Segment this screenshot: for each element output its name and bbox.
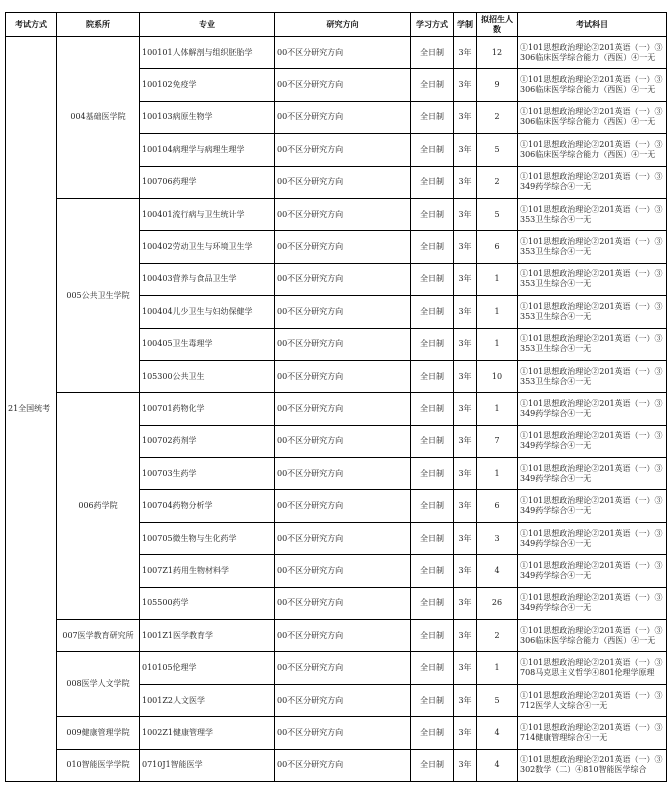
study-mode-cell: 全日制 bbox=[411, 360, 454, 392]
header-exam-subjects: 考试科目 bbox=[518, 13, 667, 37]
major-cell: 100703生药学 bbox=[140, 458, 275, 490]
study-mode-cell: 全日制 bbox=[411, 198, 454, 230]
major-cell: 1001Z2人文医学 bbox=[140, 684, 275, 716]
research-direction-cell: 00不区分研究方向 bbox=[275, 555, 411, 587]
study-mode-cell: 全日制 bbox=[411, 101, 454, 133]
enrollment-cell: 5 bbox=[477, 134, 518, 166]
duration-cell: 3年 bbox=[454, 360, 477, 392]
duration-cell: 3年 bbox=[454, 37, 477, 69]
table-row: 007医学教育研究所1001Z1医学教育学00不区分研究方向全日制3年2①101… bbox=[6, 620, 667, 652]
table-row: 006药学院100701药物化学00不区分研究方向全日制3年1①101思想政治理… bbox=[6, 393, 667, 425]
exam-subjects-cell: ①101思想政治理论②201英语（一）③353卫生综合④一无 bbox=[518, 360, 667, 392]
major-cell: 100402劳动卫生与环境卫生学 bbox=[140, 231, 275, 263]
enrollment-cell: 2 bbox=[477, 166, 518, 198]
exam-subjects-cell: ①101思想政治理论②201英语（一）③349药学综合④一无 bbox=[518, 522, 667, 554]
duration-cell: 3年 bbox=[454, 458, 477, 490]
research-direction-cell: 00不区分研究方向 bbox=[275, 360, 411, 392]
exam-subjects-cell: ①101思想政治理论②201英语（一）③349药学综合④一无 bbox=[518, 166, 667, 198]
enrollment-cell: 9 bbox=[477, 69, 518, 101]
exam-subjects-cell: ①101思想政治理论②201英语（一）③306临床医学综合能力（西医）④一无 bbox=[518, 101, 667, 133]
major-cell: 100702药剂学 bbox=[140, 425, 275, 457]
study-mode-cell: 全日制 bbox=[411, 620, 454, 652]
exam-subjects-cell: ①101思想政治理论②201英语（一）③353卫生综合④一无 bbox=[518, 328, 667, 360]
study-mode-cell: 全日制 bbox=[411, 490, 454, 522]
duration-cell: 3年 bbox=[454, 620, 477, 652]
enrollment-cell: 1 bbox=[477, 652, 518, 684]
enrollment-cell: 4 bbox=[477, 717, 518, 749]
table-row: 21全国统考004基础医学院100101人体解剖与组织胚胎学00不区分研究方向全… bbox=[6, 37, 667, 69]
enrollment-cell: 4 bbox=[477, 749, 518, 781]
study-mode-cell: 全日制 bbox=[411, 231, 454, 263]
study-mode-cell: 全日制 bbox=[411, 263, 454, 295]
study-mode-cell: 全日制 bbox=[411, 652, 454, 684]
exam-subjects-cell: ①101思想政治理论②201英语（一）③302数学（二）④810智能医学综合 bbox=[518, 749, 667, 781]
admissions-table: 考试方式 院系所 专业 研究方向 学习方式 学制 拟招生人数 考试科目 21全国… bbox=[5, 12, 667, 782]
major-cell: 100101人体解剖与组织胚胎学 bbox=[140, 37, 275, 69]
major-cell: 105500药学 bbox=[140, 587, 275, 619]
major-cell: 100701药物化学 bbox=[140, 393, 275, 425]
research-direction-cell: 00不区分研究方向 bbox=[275, 69, 411, 101]
duration-cell: 3年 bbox=[454, 166, 477, 198]
header-row: 考试方式 院系所 专业 研究方向 学习方式 学制 拟招生人数 考试科目 bbox=[6, 13, 667, 37]
study-mode-cell: 全日制 bbox=[411, 69, 454, 101]
enrollment-cell: 6 bbox=[477, 490, 518, 522]
research-direction-cell: 00不区分研究方向 bbox=[275, 263, 411, 295]
research-direction-cell: 00不区分研究方向 bbox=[275, 587, 411, 619]
exam-subjects-cell: ①101思想政治理论②201英语（一）③306临床医学综合能力（西医）④一无 bbox=[518, 69, 667, 101]
enrollment-cell: 2 bbox=[477, 620, 518, 652]
duration-cell: 3年 bbox=[454, 717, 477, 749]
major-cell: 1002Z1健康管理学 bbox=[140, 717, 275, 749]
study-mode-cell: 全日制 bbox=[411, 555, 454, 587]
study-mode-cell: 全日制 bbox=[411, 296, 454, 328]
major-cell: 100706药理学 bbox=[140, 166, 275, 198]
research-direction-cell: 00不区分研究方向 bbox=[275, 749, 411, 781]
study-mode-cell: 全日制 bbox=[411, 717, 454, 749]
enrollment-cell: 1 bbox=[477, 328, 518, 360]
duration-cell: 3年 bbox=[454, 684, 477, 716]
department-cell: 010智能医学学院 bbox=[57, 749, 140, 781]
department-cell: 005公共卫生学院 bbox=[57, 198, 140, 392]
research-direction-cell: 00不区分研究方向 bbox=[275, 37, 411, 69]
study-mode-cell: 全日制 bbox=[411, 684, 454, 716]
study-mode-cell: 全日制 bbox=[411, 458, 454, 490]
study-mode-cell: 全日制 bbox=[411, 393, 454, 425]
exam-subjects-cell: ①101思想政治理论②201英语（一）③349药学综合④一无 bbox=[518, 490, 667, 522]
research-direction-cell: 00不区分研究方向 bbox=[275, 328, 411, 360]
header-duration: 学制 bbox=[454, 13, 477, 37]
research-direction-cell: 00不区分研究方向 bbox=[275, 490, 411, 522]
study-mode-cell: 全日制 bbox=[411, 749, 454, 781]
exam-subjects-cell: ①101思想政治理论②201英语（一）③349药学综合④一无 bbox=[518, 458, 667, 490]
research-direction-cell: 00不区分研究方向 bbox=[275, 652, 411, 684]
major-cell: 100405卫生毒理学 bbox=[140, 328, 275, 360]
header-major: 专业 bbox=[140, 13, 275, 37]
study-mode-cell: 全日制 bbox=[411, 587, 454, 619]
research-direction-cell: 00不区分研究方向 bbox=[275, 684, 411, 716]
duration-cell: 3年 bbox=[454, 198, 477, 230]
table-row: 005公共卫生学院100401流行病与卫生统计学00不区分研究方向全日制3年5①… bbox=[6, 198, 667, 230]
research-direction-cell: 00不区分研究方向 bbox=[275, 134, 411, 166]
duration-cell: 3年 bbox=[454, 393, 477, 425]
duration-cell: 3年 bbox=[454, 522, 477, 554]
department-cell: 007医学教育研究所 bbox=[57, 620, 140, 652]
enrollment-cell: 2 bbox=[477, 101, 518, 133]
study-mode-cell: 全日制 bbox=[411, 522, 454, 554]
exam-subjects-cell: ①101思想政治理论②201英语（一）③349药学综合④一无 bbox=[518, 587, 667, 619]
exam-subjects-cell: ①101思想政治理论②201英语（一）③708马克思主义哲学④801伦理学原理 bbox=[518, 652, 667, 684]
enrollment-cell: 5 bbox=[477, 198, 518, 230]
study-mode-cell: 全日制 bbox=[411, 37, 454, 69]
major-cell: 0710J1智能医学 bbox=[140, 749, 275, 781]
study-mode-cell: 全日制 bbox=[411, 134, 454, 166]
header-study-mode: 学习方式 bbox=[411, 13, 454, 37]
research-direction-cell: 00不区分研究方向 bbox=[275, 166, 411, 198]
exam-type-cell: 21全国统考 bbox=[6, 37, 57, 782]
table-row: 010智能医学学院0710J1智能医学00不区分研究方向全日制3年4①101思想… bbox=[6, 749, 667, 781]
major-cell: 100704药物分析学 bbox=[140, 490, 275, 522]
duration-cell: 3年 bbox=[454, 231, 477, 263]
major-cell: 100102免疫学 bbox=[140, 69, 275, 101]
duration-cell: 3年 bbox=[454, 555, 477, 587]
research-direction-cell: 00不区分研究方向 bbox=[275, 296, 411, 328]
exam-subjects-cell: ①101思想政治理论②201英语（一）③306临床医学综合能力（西医）④一无 bbox=[518, 134, 667, 166]
department-cell: 004基础医学院 bbox=[57, 37, 140, 199]
exam-subjects-cell: ①101思想政治理论②201英语（一）③349药学综合④一无 bbox=[518, 555, 667, 587]
exam-subjects-cell: ①101思想政治理论②201英语（一）③353卫生综合④一无 bbox=[518, 231, 667, 263]
table-body: 21全国统考004基础医学院100101人体解剖与组织胚胎学00不区分研究方向全… bbox=[6, 37, 667, 782]
research-direction-cell: 00不区分研究方向 bbox=[275, 231, 411, 263]
header-research-direction: 研究方向 bbox=[275, 13, 411, 37]
research-direction-cell: 00不区分研究方向 bbox=[275, 717, 411, 749]
exam-subjects-cell: ①101思想政治理论②201英语（一）③349药学综合④一无 bbox=[518, 425, 667, 457]
table-row: 009健康管理学院1002Z1健康管理学00不区分研究方向全日制3年4①101思… bbox=[6, 717, 667, 749]
exam-subjects-cell: ①101思想政治理论②201英语（一）③353卫生综合④一无 bbox=[518, 296, 667, 328]
enrollment-cell: 1 bbox=[477, 296, 518, 328]
duration-cell: 3年 bbox=[454, 263, 477, 295]
department-cell: 008医学人文学院 bbox=[57, 652, 140, 717]
duration-cell: 3年 bbox=[454, 587, 477, 619]
exam-subjects-cell: ①101思想政治理论②201英语（一）③306临床医学综合能力（西医）④一无 bbox=[518, 620, 667, 652]
research-direction-cell: 00不区分研究方向 bbox=[275, 458, 411, 490]
enrollment-cell: 1 bbox=[477, 263, 518, 295]
major-cell: 100705微生物与生化药学 bbox=[140, 522, 275, 554]
duration-cell: 3年 bbox=[454, 134, 477, 166]
enrollment-cell: 1 bbox=[477, 458, 518, 490]
major-cell: 100404儿少卫生与妇幼保健学 bbox=[140, 296, 275, 328]
department-cell: 009健康管理学院 bbox=[57, 717, 140, 749]
major-cell: 100104病理学与病理生理学 bbox=[140, 134, 275, 166]
research-direction-cell: 00不区分研究方向 bbox=[275, 198, 411, 230]
enrollment-cell: 1 bbox=[477, 393, 518, 425]
major-cell: 100401流行病与卫生统计学 bbox=[140, 198, 275, 230]
major-cell: 100403营养与食品卫生学 bbox=[140, 263, 275, 295]
research-direction-cell: 00不区分研究方向 bbox=[275, 522, 411, 554]
enrollment-cell: 6 bbox=[477, 231, 518, 263]
department-cell: 006药学院 bbox=[57, 393, 140, 620]
duration-cell: 3年 bbox=[454, 749, 477, 781]
research-direction-cell: 00不区分研究方向 bbox=[275, 101, 411, 133]
exam-subjects-cell: ①101思想政治理论②201英语（一）③714健康管理综合④一无 bbox=[518, 717, 667, 749]
major-cell: 100103病原生物学 bbox=[140, 101, 275, 133]
major-cell: 010105伦理学 bbox=[140, 652, 275, 684]
major-cell: 105300公共卫生 bbox=[140, 360, 275, 392]
enrollment-cell: 12 bbox=[477, 37, 518, 69]
exam-subjects-cell: ①101思想政治理论②201英语（一）③353卫生综合④一无 bbox=[518, 263, 667, 295]
header-department: 院系所 bbox=[57, 13, 140, 37]
exam-subjects-cell: ①101思想政治理论②201英语（一）③353卫生综合④一无 bbox=[518, 198, 667, 230]
header-enrollment: 拟招生人数 bbox=[477, 13, 518, 37]
duration-cell: 3年 bbox=[454, 425, 477, 457]
duration-cell: 3年 bbox=[454, 69, 477, 101]
duration-cell: 3年 bbox=[454, 101, 477, 133]
duration-cell: 3年 bbox=[454, 296, 477, 328]
duration-cell: 3年 bbox=[454, 328, 477, 360]
study-mode-cell: 全日制 bbox=[411, 425, 454, 457]
enrollment-cell: 4 bbox=[477, 555, 518, 587]
duration-cell: 3年 bbox=[454, 490, 477, 522]
major-cell: 1001Z1医学教育学 bbox=[140, 620, 275, 652]
research-direction-cell: 00不区分研究方向 bbox=[275, 425, 411, 457]
table-row: 008医学人文学院010105伦理学00不区分研究方向全日制3年1①101思想政… bbox=[6, 652, 667, 684]
enrollment-cell: 10 bbox=[477, 360, 518, 392]
study-mode-cell: 全日制 bbox=[411, 328, 454, 360]
study-mode-cell: 全日制 bbox=[411, 166, 454, 198]
enrollment-cell: 7 bbox=[477, 425, 518, 457]
exam-subjects-cell: ①101思想政治理论②201英语（一）③349药学综合④一无 bbox=[518, 393, 667, 425]
enrollment-cell: 5 bbox=[477, 684, 518, 716]
research-direction-cell: 00不区分研究方向 bbox=[275, 620, 411, 652]
duration-cell: 3年 bbox=[454, 652, 477, 684]
major-cell: 1007Z1药用生物材料学 bbox=[140, 555, 275, 587]
enrollment-cell: 3 bbox=[477, 522, 518, 554]
header-exam-type: 考试方式 bbox=[6, 13, 57, 37]
exam-subjects-cell: ①101思想政治理论②201英语（一）③712医学人文综合④一无 bbox=[518, 684, 667, 716]
exam-subjects-cell: ①101思想政治理论②201英语（一）③306临床医学综合能力（西医）④一无 bbox=[518, 37, 667, 69]
enrollment-cell: 26 bbox=[477, 587, 518, 619]
research-direction-cell: 00不区分研究方向 bbox=[275, 393, 411, 425]
